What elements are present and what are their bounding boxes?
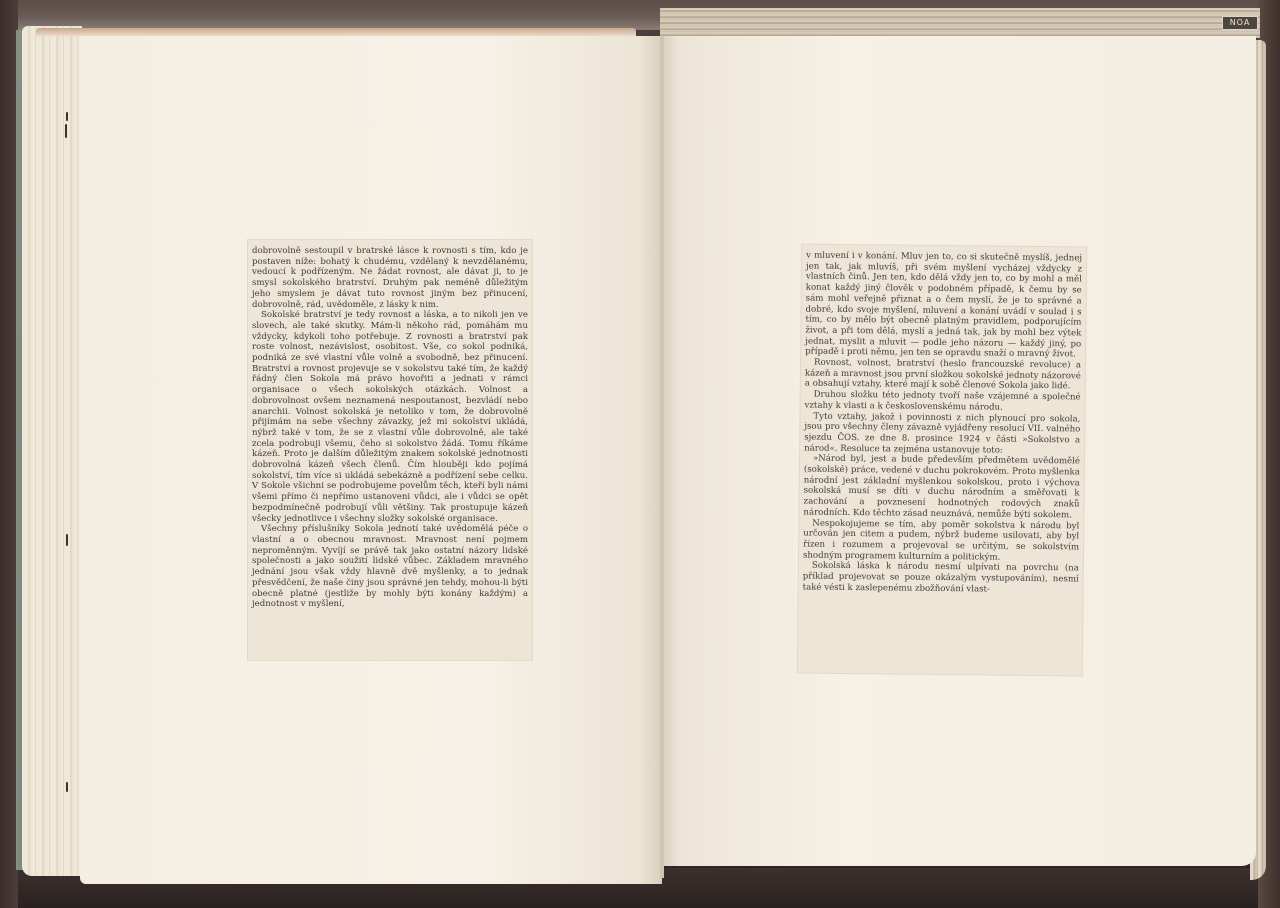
paragraph: Rovnost, volnost, bratrství (heslo franc… — [805, 358, 1081, 393]
paragraph: Sokolské bratrství je tedy rovnost a lás… — [252, 310, 528, 524]
paragraph: Druhou složku této jednoty tvoří naše vz… — [805, 390, 1081, 414]
edge-mark — [65, 124, 67, 138]
paragraph: Tyto vztahy, jakož i povinnosti z nich p… — [804, 411, 1080, 457]
edge-mark — [66, 534, 68, 546]
page-stack-top-right — [660, 8, 1260, 38]
paragraph: dobrovolně sestoupil v bratrské lásce k … — [252, 246, 528, 310]
edge-mark — [66, 112, 68, 121]
corner-label: NOA — [1222, 16, 1258, 30]
page-stack-left — [22, 26, 82, 876]
edge-mark — [66, 782, 68, 792]
paragraph: Nespokojujeme se tím, aby poměr sokolstv… — [803, 518, 1079, 564]
left-page-clipping: dobrovolně sestoupil v bratrské lásce k … — [248, 240, 532, 660]
paragraph: v mluvení i v konání. Mluv jen to, co si… — [805, 251, 1082, 361]
book-gutter — [660, 36, 664, 878]
page-stack-top-left — [36, 28, 636, 36]
right-page-clipping: v mluvení i v konání. Mluv jen to, co si… — [798, 245, 1086, 676]
book-scan: NOA dobrovolně sestoupil v bratrské lásc… — [0, 0, 1280, 908]
paragraph: Všechny příslušníky Sokola jednotí také … — [252, 524, 528, 610]
paragraph: »Národ byl, jest a bude především předmě… — [803, 454, 1080, 521]
paragraph: Sokolská láska k národu nesmí ulpívati n… — [803, 561, 1079, 596]
